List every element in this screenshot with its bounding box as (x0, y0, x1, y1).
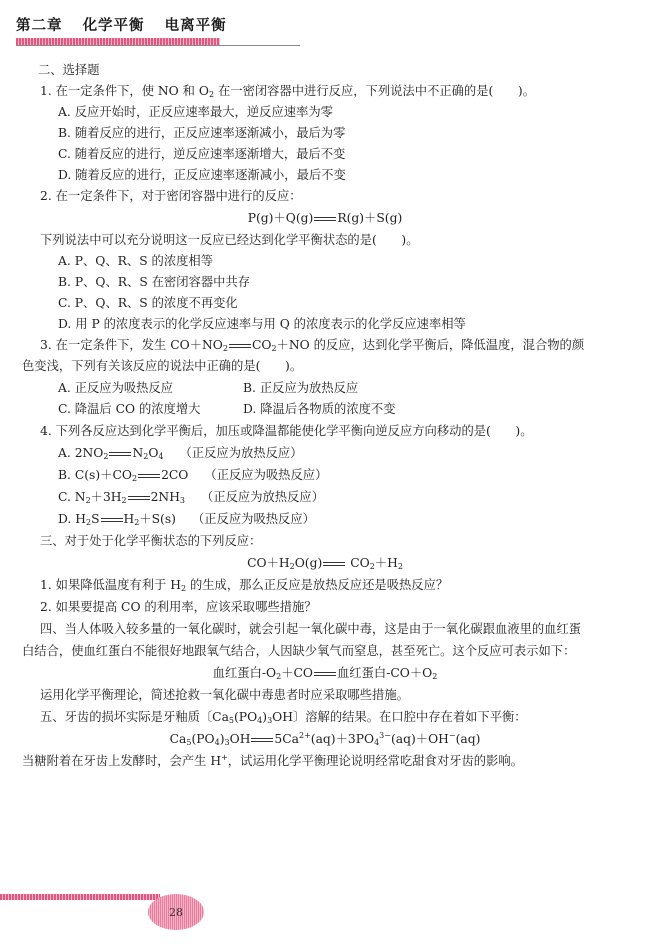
q2-question: 下列说法中可以充分说明这一反应已经达到化学平衡状态的是( )。 (40, 232, 419, 248)
q4b-note: （正反应为吸热反应） (204, 468, 327, 482)
equilibrium-arrow-icon (314, 216, 336, 222)
q2-equation: P(g)＋Q(g)R(g)＋S(g) (0, 210, 650, 226)
question-3-stem: 3. 在一定条件下，发生 CO＋NO2CO2＋NO 的反应，达到化学平衡后，降低… (40, 337, 584, 353)
q1-stem-a: 1. 在一定条件下，使 NO 和 O (40, 84, 209, 98)
q3-option-a: A. 正反应为吸热反应 (58, 380, 173, 396)
q4a-rsub2: 4 (158, 452, 163, 461)
q3-stem-c: ＋NO 的反应，达到化学平衡后，降低温度，混合物的颜 (277, 338, 585, 352)
s3-q1-b: 的生成，那么正反应是放热反应还是吸热反应？ (186, 578, 448, 592)
equilibrium-arrow-icon (109, 451, 131, 457)
q4a-right: N (132, 446, 143, 460)
section-4-line2: 白结合，使血红蛋白不能很好地跟氧气结合，人因缺少氧气而窒息，甚至死亡。这个反应可… (22, 643, 575, 659)
q4b-right: 2CO (161, 468, 188, 482)
s5-l3-sup: + (221, 753, 228, 762)
s5-l1-a: 五、牙齿的损坏实际是牙釉质〔Ca (40, 710, 229, 724)
q4c-left: C. N (58, 490, 86, 504)
equilibrium-arrow-icon (229, 343, 251, 349)
q2-option-d: D. 用 P 的浓度表示的化学反应速率与用 Q 的浓度表示的化学反应速率相等 (58, 316, 466, 332)
q1-option-b: B. 随着反应的进行，正反应速率逐渐减小，最后为零 (58, 125, 345, 141)
q1-option-d: D. 随着反应的进行，正反应速率逐渐减小，最后不变 (58, 167, 346, 183)
q4a-rmid: O (148, 446, 158, 460)
q2-option-c: C. P、Q、R、S 的浓度不再变化 (58, 295, 238, 311)
section-2-heading: 二、选择题 (38, 62, 100, 78)
s5-eq-rb: (aq)＋3PO (311, 732, 374, 746)
s5-eq-ra: 5Ca (274, 732, 299, 746)
s5-l1-b: (PO (234, 710, 257, 724)
q4c-sub2: 2 (122, 496, 127, 505)
equilibrium-arrow-icon (101, 517, 123, 523)
chapter-number: 第二章 (16, 18, 63, 34)
chapter-title-part2: 电离平衡 (165, 18, 227, 34)
q4d-left: D. H (58, 512, 86, 526)
section-5-equation: Ca5(PO4)3OH5Ca2+(aq)＋3PO43−(aq)＋OH−(aq) (0, 731, 650, 747)
q4-option-b: B. C(s)＋CO22CO（正反应为吸热反应） (58, 467, 327, 483)
q4a-left: A. 2NO (58, 446, 103, 460)
question-2-stem: 2. 在一定条件下，对于密闭容器中进行的反应： (40, 188, 302, 204)
q3-stem-b: CO (252, 338, 272, 352)
page-number: 28 (169, 906, 183, 919)
q2-option-a: A. P、Q、R、S 的浓度相等 (58, 253, 213, 269)
s4-eq-right-sub: 2 (432, 672, 437, 681)
chapter-title: 第二章 化学平衡 电离平衡 (16, 14, 241, 35)
q4c-lrest: ＋3H (91, 490, 122, 504)
s4-eq-left-rest: ＋CO (281, 666, 313, 680)
equilibrium-arrow-icon (138, 473, 160, 479)
equilibrium-arrow-icon (323, 561, 345, 567)
q2-eq-right: R(g)＋S(g) (337, 211, 402, 225)
equilibrium-arrow-icon (128, 495, 150, 501)
s5-l3-b: ，试运用化学平衡理论说明经常吃甜食对牙齿的影响。 (228, 754, 523, 768)
section-5-line3: 当糖附着在牙齿上发酵时，会产生 H+，试运用化学平衡理论说明经常吃甜食对牙齿的影… (22, 753, 523, 769)
s3-eq-left-rest: O(g) (295, 556, 323, 570)
s5-eq-rc: (aq)＋OH (391, 732, 449, 746)
section-3-q1: 1. 如果降低温度有利于 H2 的生成，那么正反应是放热反应还是吸热反应？ (40, 577, 448, 593)
q1-option-c: C. 随着反应的进行，逆反应速率逐渐增大，最后不变 (58, 146, 345, 162)
q1-stem-b: 在一密闭容器中进行反应，下列说法中不正确的是( )。 (214, 84, 535, 98)
s5-l3-a: 当糖附着在牙齿上发酵时，会产生 H (22, 754, 221, 768)
chapter-title-part1: 化学平衡 (83, 18, 145, 34)
q4c-rsub: 3 (180, 496, 185, 505)
q3-option-d: D. 降温后各物质的浓度不变 (243, 401, 396, 417)
s4-eq-left: 血红蛋白-O (213, 666, 276, 680)
q2-eq-left: P(g)＋Q(g) (248, 211, 314, 225)
q4c-note: （正反应为放热反应） (201, 490, 324, 504)
header-decorative-stripe (16, 38, 220, 45)
q4b-left: B. C(s)＋CO (58, 468, 132, 482)
q3-stem-line2: 色变浅，下列有关该反应的说法中正确的是( )。 (22, 358, 302, 374)
s3-eq-right-rest: ＋H (375, 556, 398, 570)
q4-option-a: A. 2NO2N2O4（正反应为放热反应） (58, 445, 303, 461)
s3-eq-right-sub2: 2 (398, 562, 403, 571)
question-4-stem: 4. 下列各反应达到化学平衡后，加压或降温都能使化学平衡向逆反应方向移动的是( … (40, 423, 533, 439)
section-3-heading: 三、对于处于化学平衡状态的下列反应： (40, 533, 261, 549)
section-3-q2: 2. 如果要提高 CO 的利用率，应该采取哪些措施？ (40, 599, 317, 615)
s3-eq-left: CO＋H (247, 556, 290, 570)
s3-q1-a: 1. 如果降低温度有利于 H (40, 578, 181, 592)
equilibrium-arrow-icon (251, 737, 273, 743)
s5-eq-rd: (aq) (456, 732, 481, 746)
s5-eq-lb: (PO (191, 732, 214, 746)
q2-option-b: B. P、Q、R、S 在密闭容器中共存 (58, 274, 250, 290)
q3-option-c: C. 降温后 CO 的浓度增大 (58, 401, 200, 417)
q4-option-c: C. N2＋3H22NH3（正反应为放热反应） (58, 489, 324, 505)
q3-sub: 2 (223, 344, 228, 353)
equilibrium-arrow-icon (314, 671, 336, 677)
q4b-sub: 2 (132, 474, 137, 483)
page-number-badge: 28 (148, 894, 204, 930)
s5-eq-ld: OH (230, 732, 251, 746)
q4d-right: H (124, 512, 135, 526)
s4-eq-right: 血红蛋白-CO＋O (337, 666, 432, 680)
q3-option-b: B. 正反应为放热反应 (243, 380, 358, 396)
section-4-line3: 运用化学平衡理论，简述抢救一氧化碳中毒患者时应采取哪些措施。 (40, 687, 409, 703)
section-3-equation: CO＋H2O(g) CO2＋H2 (0, 555, 650, 571)
q4a-sub: 2 (103, 452, 108, 461)
s5-eq-la: Ca (170, 732, 187, 746)
header-rule (16, 45, 300, 46)
q4d-lrest: S (91, 512, 99, 526)
s5-l1-d: OH〕溶解的结果。在口腔中存在着如下平衡： (272, 710, 526, 724)
q4d-note: （正反应为吸热反应） (192, 512, 315, 526)
s5-eq-rsup2: 3− (379, 731, 391, 740)
section-4-line1: 四、当人体吸入较多量的一氧化碳时，就会引起一氧化碳中毒，这是由于一氧化碳跟血液里… (40, 621, 581, 637)
q4d-rmid: ＋S(s) (139, 512, 176, 526)
section-5-line1: 五、牙齿的损坏实际是牙釉质〔Ca5(PO4)3OH〕溶解的结果。在口腔中存在着如… (40, 709, 527, 725)
s5-eq-rsup3: − (449, 731, 456, 740)
q3-stem-a: 3. 在一定条件下，发生 CO＋NO (40, 338, 223, 352)
s5-eq-rsup1: 2+ (299, 731, 311, 740)
q4c-right: 2NH (151, 490, 180, 504)
section-4-equation: 血红蛋白-O2＋CO血红蛋白-CO＋O2 (0, 665, 650, 681)
q4-option-d: D. H2SH2＋S(s)（正反应为吸热反应） (58, 511, 315, 527)
q4a-note: （正反应为放热反应） (180, 446, 303, 460)
footer-decorative-stripe (0, 894, 160, 900)
question-1-stem: 1. 在一定条件下，使 NO 和 O2 在一密闭容器中进行反应，下列说法中不正确… (40, 83, 535, 99)
q1-option-a: A. 反应开始时，正反应速率最大，逆反应速率为零 (58, 104, 333, 120)
s3-eq-right: CO (350, 556, 370, 570)
